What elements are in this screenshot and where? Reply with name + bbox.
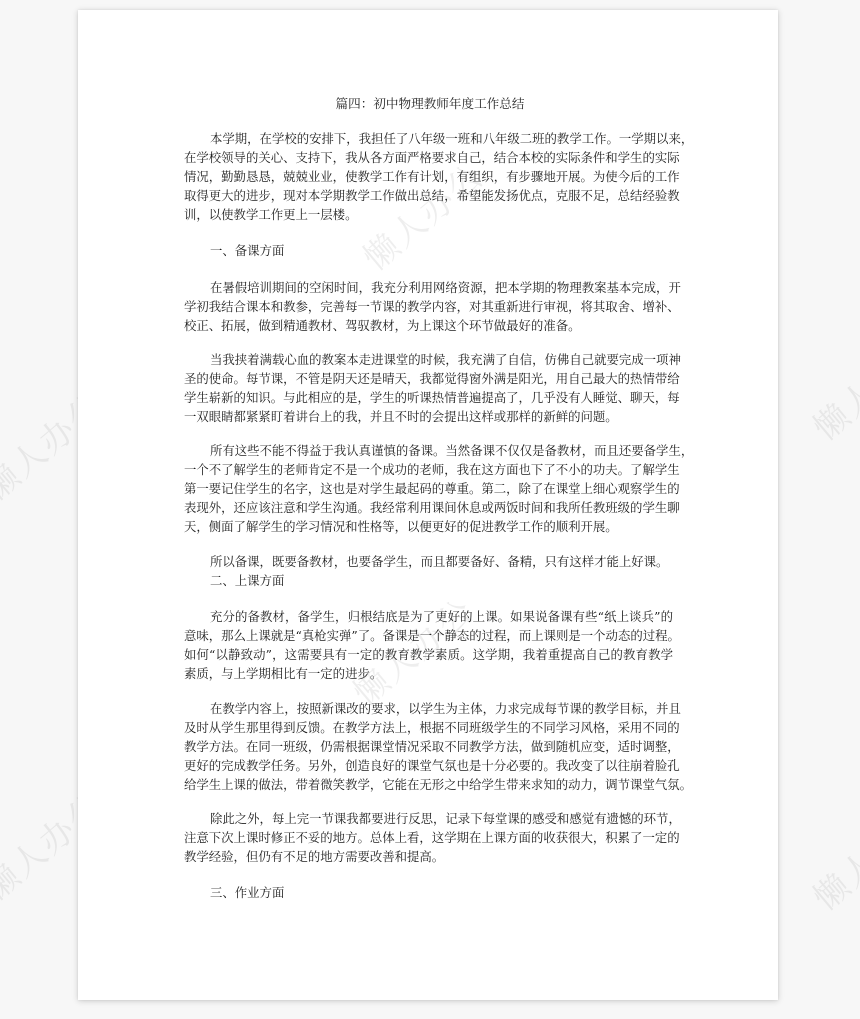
paragraph-line: 情况，勤勤恳恳，兢兢业业，使教学工作有计划，有组织，有步骤地开展。为使今后的工作 (184, 169, 673, 185)
section-heading: 一、备课方面 (210, 243, 284, 259)
paragraph-line: 表现外，还应该注意和学生沟通。我经常利用课间休息或两饭时间和我所任教班级的学生聊 (184, 500, 673, 516)
paragraph-line: 圣的使命。每节课，不管是阴天还是晴天，我都觉得窗外满是阳光，用自己最大的热情带给 (184, 371, 673, 387)
paragraph-line: 学生崭新的知识。与此相应的是，学生的听课热情普遍提高了，几乎没有人睡觉、聊天，每 (184, 390, 673, 406)
paragraph-line: 学初我结合课本和教参，完善每一节课的教学内容，对其重新进行审视，将其取舍、增补、 (184, 299, 673, 315)
paragraph-line: 及时从学生那里得到反馈。在教学方法上，根据不同班级学生的不同学习风格，采用不同的 (184, 720, 673, 736)
paragraph-line: 所以备课，既要备教材，也要备学生，而且都要备好、备精，只有这样才能上好课。 (210, 554, 673, 570)
section-heading: 三、作业方面 (210, 885, 284, 901)
watermark: 懒人办公 (801, 789, 860, 919)
paragraph-line: 第一要记住学生的名字，这也是对学生最起码的尊重。第二，除了在课堂上细心观察学生的 (184, 481, 673, 497)
paragraph-line: 教学方法。在同一班级，仍需根据课堂情况采取不同教学方法，做到随机应变，适时调整， (184, 739, 673, 755)
paragraph-line: 本学期，在学校的安排下，我担任了八年级一班和八年级二班的教学工作。一学期以来， (210, 131, 673, 147)
paragraph-line: 在教学内容上，按照新课改的要求，以学生为主体，力求完成每节课的教学目标，并且 (210, 701, 673, 717)
watermark: 懒人办公 (801, 319, 860, 449)
paragraph-line: 注意下次上课时修正不妥的地方。总体上看，这学期在上课方面的收获很大，积累了一定的 (184, 830, 673, 846)
paragraph-line: 取得更大的进步，现对本学期教学工作做出总结，希望能发扬优点，克服不足，总结经验教 (184, 188, 673, 204)
paragraph-line: 所有这些不能不得益于我认真谨慎的备课。当然备课不仅仅是备教材，而且还要备学生， (210, 443, 673, 459)
paragraph-line: 意味，那么上课就是“真枪实弹”了。备课是一个静态的过程，而上课则是一个动态的过程… (184, 628, 673, 644)
paragraph-line: 训，以使教学工作更上一层楼。 (184, 207, 673, 223)
paragraph-line: 给学生上课的做法，带着微笑教学，它能在无形之中给学生带来求知的动力，调节课堂气氛… (184, 777, 673, 793)
paragraph-line: 充分的备教材，备学生，归根结底是为了更好的上课。如果说备课有些“纸上谈兵”的 (210, 609, 673, 625)
document-title: 篇四：初中物理教师年度工作总结 (0, 96, 860, 112)
paragraph-line: 如何“以静致动”，这需要具有一定的教育教学素质。这学期，我着重提高自己的教育教学 (184, 647, 673, 663)
paragraph-line: 除此之外，每上完一节课我都要进行反思，记录下每堂课的感受和感觉有遗憾的环节， (210, 811, 673, 827)
paragraph-line: 校正、拓展，做到精通教材、驾驭教材，为上课这个环节做最好的准备。 (184, 318, 673, 334)
paragraph-line: 更好的完成教学任务。另外，创造良好的课堂气氛也是十分必要的。我改变了以往崩着脸孔 (184, 758, 673, 774)
paragraph-line: 在学校领导的关心、支持下，我从各方面严格要求自己，结合本校的实际条件和学生的实际 (184, 150, 673, 166)
paragraph-line: 天，侧面了解学生的学习情况和性格等，以便更好的促进教学工作的顺利开展。 (184, 519, 673, 535)
paragraph-line: 当我挟着满载心血的教案本走进课堂的时候，我充满了自信，仿佛自己就要完成一项神 (210, 352, 673, 368)
paragraph-line: 在暑假培训期间的空闲时间，我充分利用网络资源，把本学期的物理教案基本完成，开 (210, 280, 673, 296)
paragraph-line: 素质，与上学期相比有一定的进步。 (184, 666, 673, 682)
paragraph-line: 一个不了解学生的老师肯定不是一个成功的老师，我在这方面也下了不小的功夫。了解学生 (184, 462, 673, 478)
paragraph-line: 一双眼睛都紧紧盯着讲台上的我，并且不时的会提出这样或那样的新鲜的问题。 (184, 409, 673, 425)
section-heading: 二、上课方面 (210, 573, 284, 589)
paragraph-line: 教学经验，但仍有不足的地方需要改善和提高。 (184, 849, 673, 865)
